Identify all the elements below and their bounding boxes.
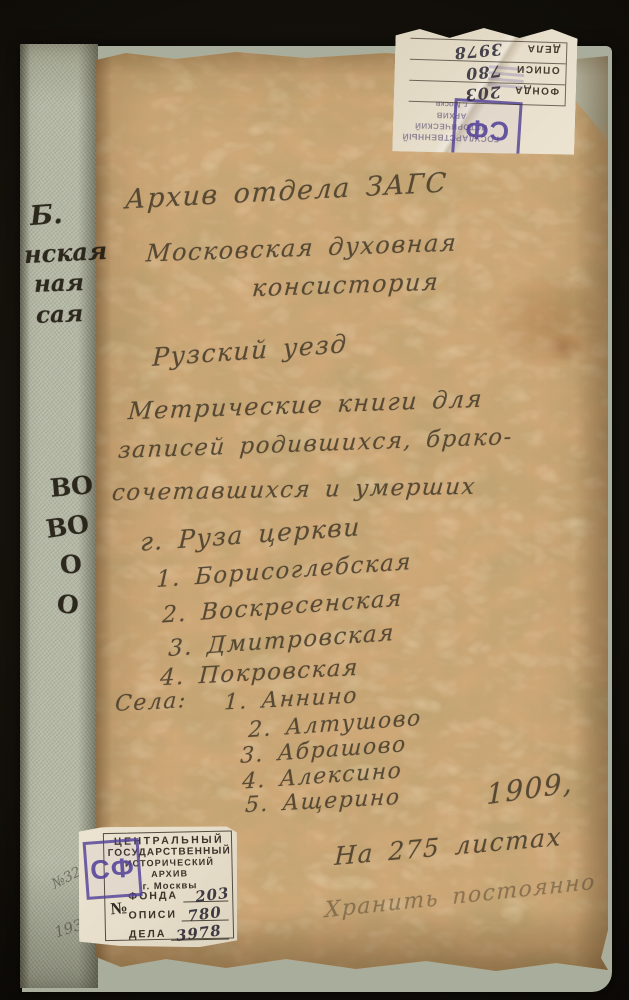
delo-label: ДЕЛА <box>504 42 566 55</box>
photo-of-archival-book-cover: Архив отдела ЗАГС Московская духовная ко… <box>0 0 629 1000</box>
spine-mark-skaya: нская <box>23 236 107 269</box>
delo-value: 3978 <box>175 921 223 945</box>
delo-value: 3978 <box>453 40 503 63</box>
numero-sign: № <box>110 898 129 919</box>
opis-label: ОПИСИ <box>128 909 177 923</box>
sf-stamp-top: СФ <box>451 98 523 162</box>
handwriting-sela-label: Села: <box>114 688 187 717</box>
archive-label-bottom: ЦЕНТРАЛЬНЫЙ ГОСУДАРСТВЕННЫЙ ИСТОРИЧЕСКИЙ… <box>77 824 240 949</box>
sf-stamp-bottom: СФ <box>83 838 143 900</box>
fond-value: 203 <box>464 82 502 104</box>
spine-mark-o-2: О <box>56 589 81 620</box>
delo-row: ДЕЛА 3978 <box>410 38 567 65</box>
spine-mark-o-1: О <box>59 549 83 579</box>
fond-opis-delo-table: ФОНДА 203 ОПИСИ 780 ДЕЛА 3978 <box>409 38 568 107</box>
spine-mark-vo-2: ВО <box>44 509 91 544</box>
delo-label: ДЕЛА <box>129 928 167 942</box>
spine-mark-b: Б. <box>29 199 64 232</box>
spine-mark-saya: сая <box>36 300 84 329</box>
delo-row: ДЕЛА 3978 <box>129 921 229 942</box>
fond-opis-delo-rows: ФОНДА 203 ОПИСИ 780 ДЕЛА 3978 <box>128 883 229 942</box>
fond-label: ФОНДА <box>503 84 565 97</box>
spine-mark-naya: ная <box>34 269 85 298</box>
archive-label-top: ГОСУДАРСТВЕННЫЙ ИСТОРИЧЕСКИЙ АРХИВ г. Мо… <box>392 23 578 156</box>
spine-mark-vo-1: ВО <box>49 470 94 503</box>
opis-value: 780 <box>464 61 502 83</box>
opis-label: ОПИСИ <box>503 63 565 76</box>
